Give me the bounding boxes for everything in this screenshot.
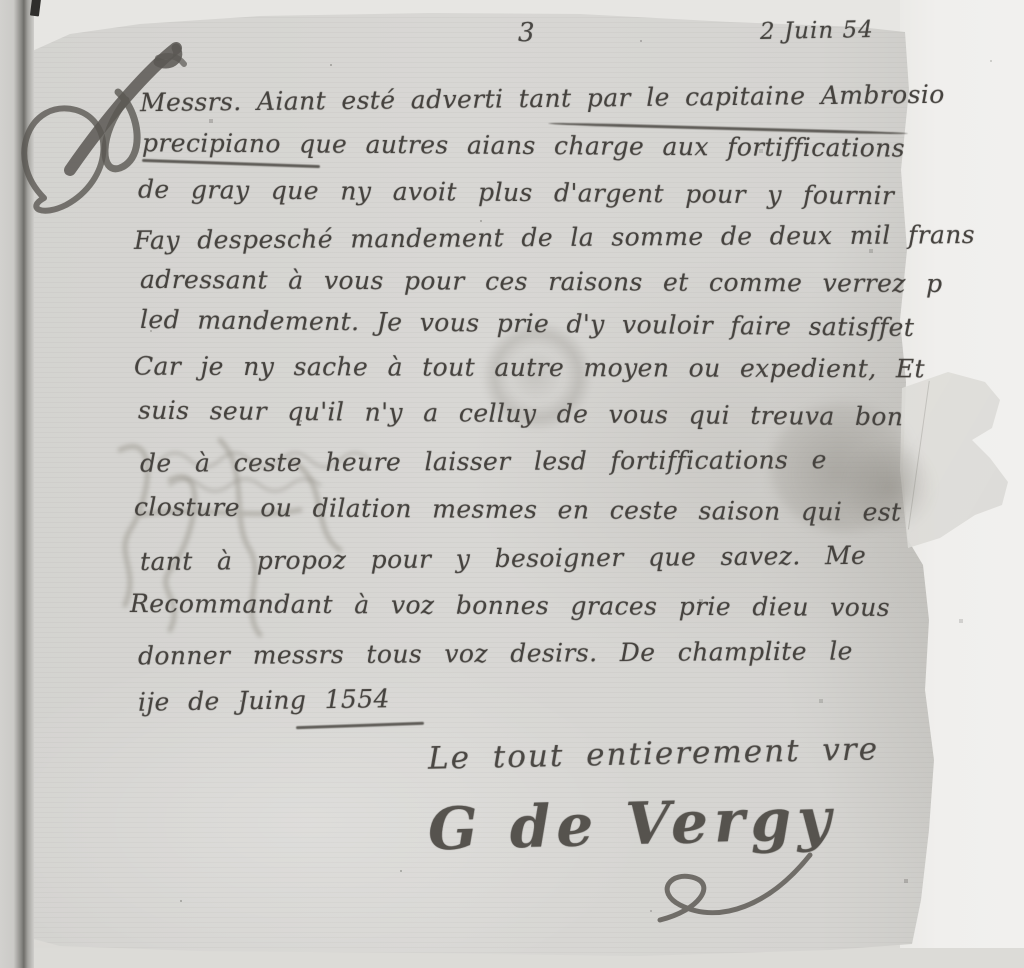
- manuscript-line-10: closture ou dilation mesmes en ceste sai…: [134, 492, 902, 526]
- manuscript-line-12: Recommandant à voz bonnes graces prie di…: [130, 589, 890, 622]
- manuscript-line-14: ije de Juing 1554: [138, 684, 390, 717]
- folio-number: 3: [518, 18, 535, 48]
- manuscript-scan: 3 2 Juin 54 Messrs. Aiant esté adverti t…: [0, 0, 1024, 968]
- manuscript-line-13: donner messrs tous voz desirs. De champl…: [138, 637, 853, 671]
- archival-date-annotation: 2 Juin 54: [760, 17, 874, 45]
- manuscript-line-5: adressant à vous pour ces raisons et com…: [140, 265, 943, 298]
- paper-speckles: [0, 0, 2, 2]
- manuscript-line-4: Fay despesché mandement de la somme de d…: [134, 220, 975, 255]
- signature-flourish: [600, 850, 820, 930]
- manuscript-line-2: precipiano que autres aians charge aux f…: [142, 128, 905, 162]
- manuscript-line-7: Car je ny sache à tout autre moyen ou ex…: [134, 352, 925, 384]
- manuscript-line-9: de à ceste heure laisser lesd fortiffica…: [140, 445, 827, 478]
